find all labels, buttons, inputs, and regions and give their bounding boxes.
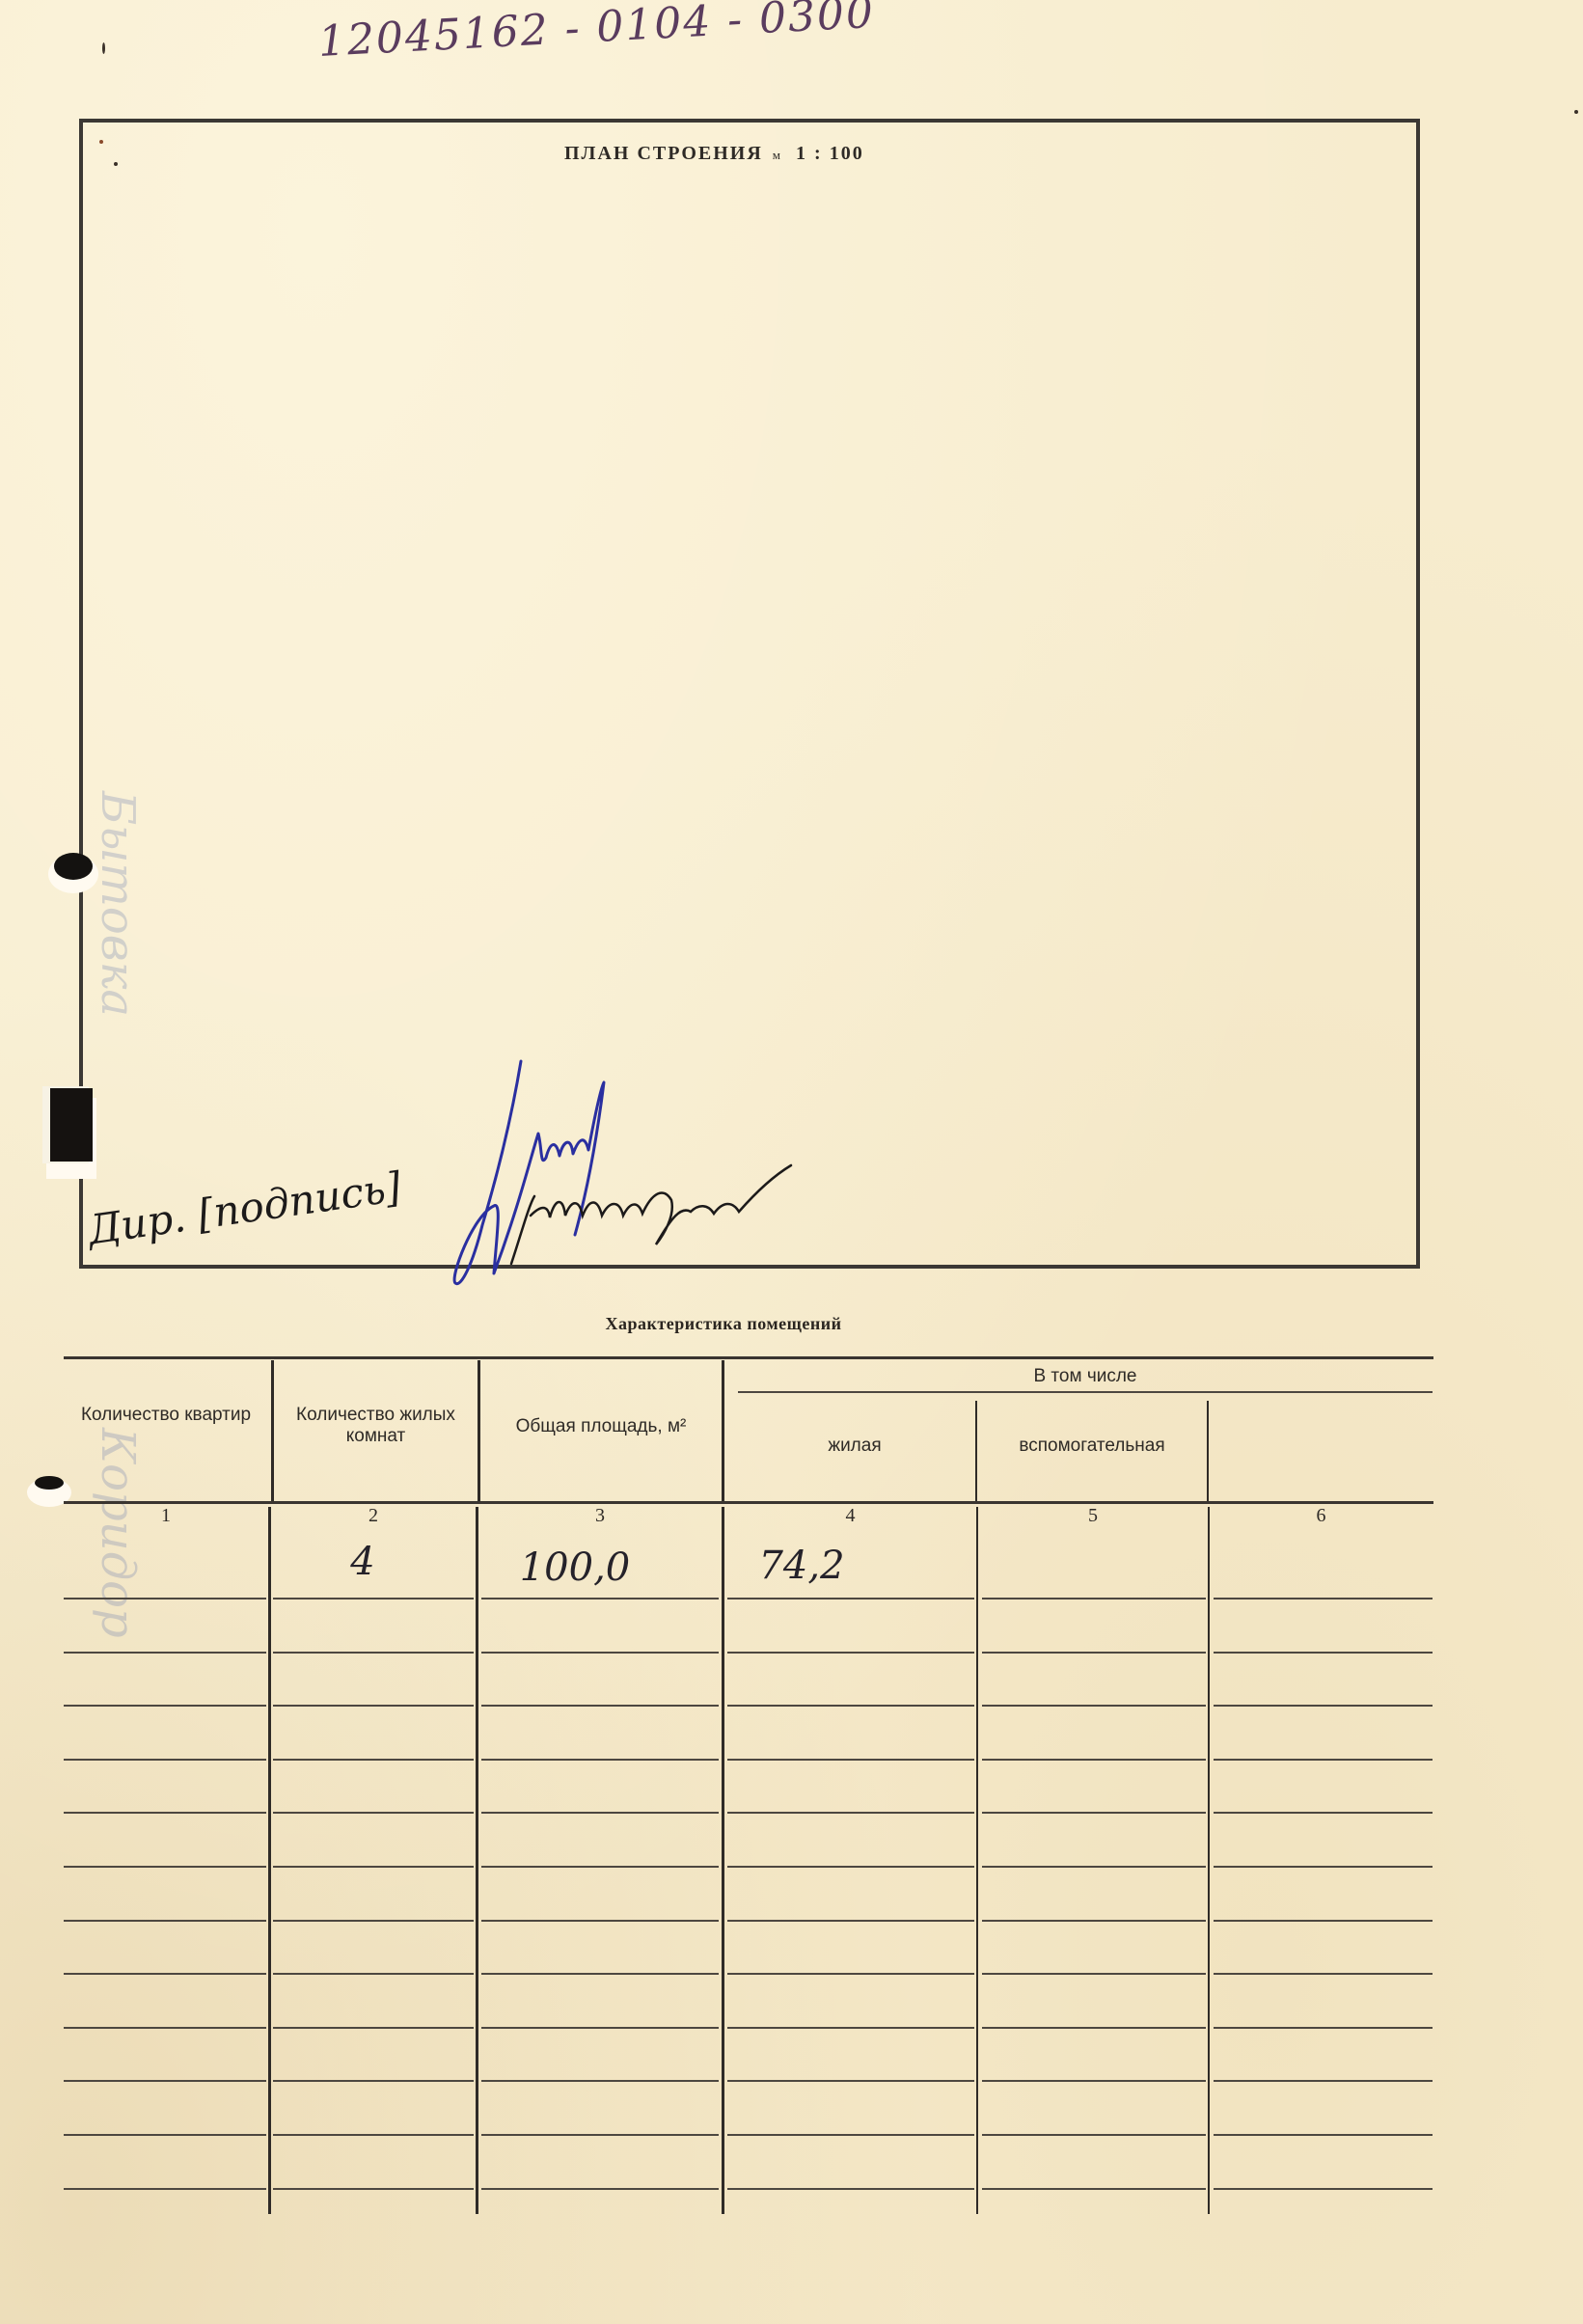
row-rule xyxy=(481,1973,719,1975)
col-number: 2 xyxy=(271,1505,476,1527)
row-rule xyxy=(982,1812,1206,1814)
row-rule xyxy=(982,2188,1206,2190)
row-rule xyxy=(481,1812,719,1814)
signature-block: Дир. [подпись] xyxy=(87,1138,955,1302)
row-rule xyxy=(727,1652,974,1654)
signatory-title: Дир. [подпись] xyxy=(85,1162,404,1253)
row-rule xyxy=(273,1866,474,1868)
col-divider xyxy=(1208,1507,1210,2214)
row-rule xyxy=(273,1812,474,1814)
row-rule xyxy=(727,2188,974,2190)
ink-speck xyxy=(102,42,105,54)
plan-title: ПЛАН СТРОЕНИЯм1 : 100 xyxy=(564,143,864,165)
row-rule xyxy=(982,2027,1206,2029)
row-rule xyxy=(64,1705,266,1707)
col-number: 3 xyxy=(478,1505,722,1527)
ink-speck xyxy=(1574,110,1578,114)
row-rule xyxy=(273,2027,474,2029)
row-rule xyxy=(273,1705,474,1707)
row-rule xyxy=(481,2134,719,2136)
row-rule xyxy=(727,1812,974,1814)
table-title: Характеристика помещений xyxy=(0,1314,1447,1334)
scale-prefix: м xyxy=(773,148,782,162)
col-number: 6 xyxy=(1210,1505,1433,1527)
row-rule xyxy=(982,2080,1206,2082)
row-rule xyxy=(481,1920,719,1922)
row-rule xyxy=(481,1759,719,1761)
row-rule xyxy=(273,1598,474,1599)
col-header-living-rooms: Количество жилых комнат xyxy=(274,1405,478,1447)
row-rule xyxy=(273,1652,474,1654)
row-rule xyxy=(1214,1759,1433,1761)
col-divider xyxy=(722,1507,724,2214)
row-rule xyxy=(727,1866,974,1868)
col-divider xyxy=(268,1507,271,2214)
row-rule xyxy=(481,2188,719,2190)
row-rule xyxy=(64,1759,266,1761)
row-rule xyxy=(64,1598,266,1599)
row-rule xyxy=(1214,1973,1433,1975)
archive-number: 12045162 - 0104 - 0300 xyxy=(317,0,876,67)
row-rule xyxy=(727,1920,974,1922)
col-number: 4 xyxy=(724,1505,976,1527)
col-header-auxiliary: вспомогательная xyxy=(977,1435,1207,1457)
row-rule xyxy=(481,1652,719,1654)
row-rule xyxy=(481,1598,719,1599)
row-rule xyxy=(273,2188,474,2190)
row-rule xyxy=(481,1705,719,1707)
row-rule xyxy=(982,1759,1206,1761)
row-rule xyxy=(481,2027,719,2029)
handwritten-name-icon xyxy=(502,1158,945,1273)
row-rule xyxy=(64,1812,266,1814)
row-rule xyxy=(64,2027,266,2029)
col-divider xyxy=(476,1507,478,2214)
plan-title-text: ПЛАН СТРОЕНИЯ xyxy=(564,143,763,164)
bleed-through-marks: Бытовка xyxy=(91,791,145,1017)
plan-scale: 1 : 100 xyxy=(796,143,864,164)
row-rule xyxy=(982,1866,1206,1868)
row-rule xyxy=(481,1866,719,1868)
row-rule xyxy=(64,1866,266,1868)
row-rule xyxy=(273,1759,474,1761)
group-header-including: В том числе xyxy=(738,1366,1433,1387)
row-rule xyxy=(273,2080,474,2082)
row-rule xyxy=(982,1920,1206,1922)
row-rule xyxy=(64,1920,266,1922)
row-rule xyxy=(727,1973,974,1975)
row-rule xyxy=(1214,2080,1433,2082)
row-rule xyxy=(727,1705,974,1707)
col-divider xyxy=(976,1507,978,2214)
building-plan-frame xyxy=(79,119,1420,1269)
row-rule xyxy=(1214,2188,1433,2190)
cell-living-area: 74,2 xyxy=(724,1544,879,1588)
table-top-rule xyxy=(64,1356,1433,1359)
cell-total-area: 100,0 xyxy=(478,1545,671,1590)
bleed-through-marks: Коридор xyxy=(91,1428,145,1638)
row-rule xyxy=(1214,1812,1433,1814)
row-rule xyxy=(64,2080,266,2082)
row-rule xyxy=(982,1652,1206,1654)
col-divider xyxy=(1207,1401,1209,1501)
cell-living-rooms: 4 xyxy=(271,1540,454,1584)
row-rule xyxy=(1214,2134,1433,2136)
row-rule xyxy=(727,2134,974,2136)
row-rule xyxy=(982,1598,1206,1599)
row-rule xyxy=(481,2080,719,2082)
row-rule xyxy=(273,1973,474,1975)
group-header-rule xyxy=(738,1391,1433,1393)
row-rule xyxy=(64,1652,266,1654)
row-rule xyxy=(64,1973,266,1975)
row-rule xyxy=(273,1920,474,1922)
row-rule xyxy=(727,2080,974,2082)
col-header-total-area: Общая площадь, м² xyxy=(480,1416,722,1437)
row-rule xyxy=(64,2134,266,2136)
row-rule xyxy=(64,2188,266,2190)
col-number: 1 xyxy=(64,1505,268,1527)
header-bottom-rule xyxy=(64,1501,1433,1504)
col-header-living: жилая xyxy=(733,1435,976,1457)
row-rule xyxy=(1214,1598,1433,1599)
col-divider xyxy=(722,1360,724,1501)
row-rule xyxy=(982,1973,1206,1975)
row-rule xyxy=(273,2134,474,2136)
row-rule xyxy=(1214,1705,1433,1707)
row-rule xyxy=(1214,2027,1433,2029)
row-rule xyxy=(727,2027,974,2029)
binder-hole-icon xyxy=(54,853,93,880)
row-rule xyxy=(1214,1652,1433,1654)
col-header-apartments: Количество квартир xyxy=(64,1405,268,1426)
row-rule xyxy=(982,1705,1206,1707)
row-rule xyxy=(727,1759,974,1761)
row-rule xyxy=(1214,1920,1433,1922)
binder-hole-icon xyxy=(35,1476,64,1490)
col-number: 5 xyxy=(978,1505,1208,1527)
row-rule xyxy=(982,2134,1206,2136)
row-rule xyxy=(1214,1866,1433,1868)
row-rule xyxy=(727,1598,974,1599)
